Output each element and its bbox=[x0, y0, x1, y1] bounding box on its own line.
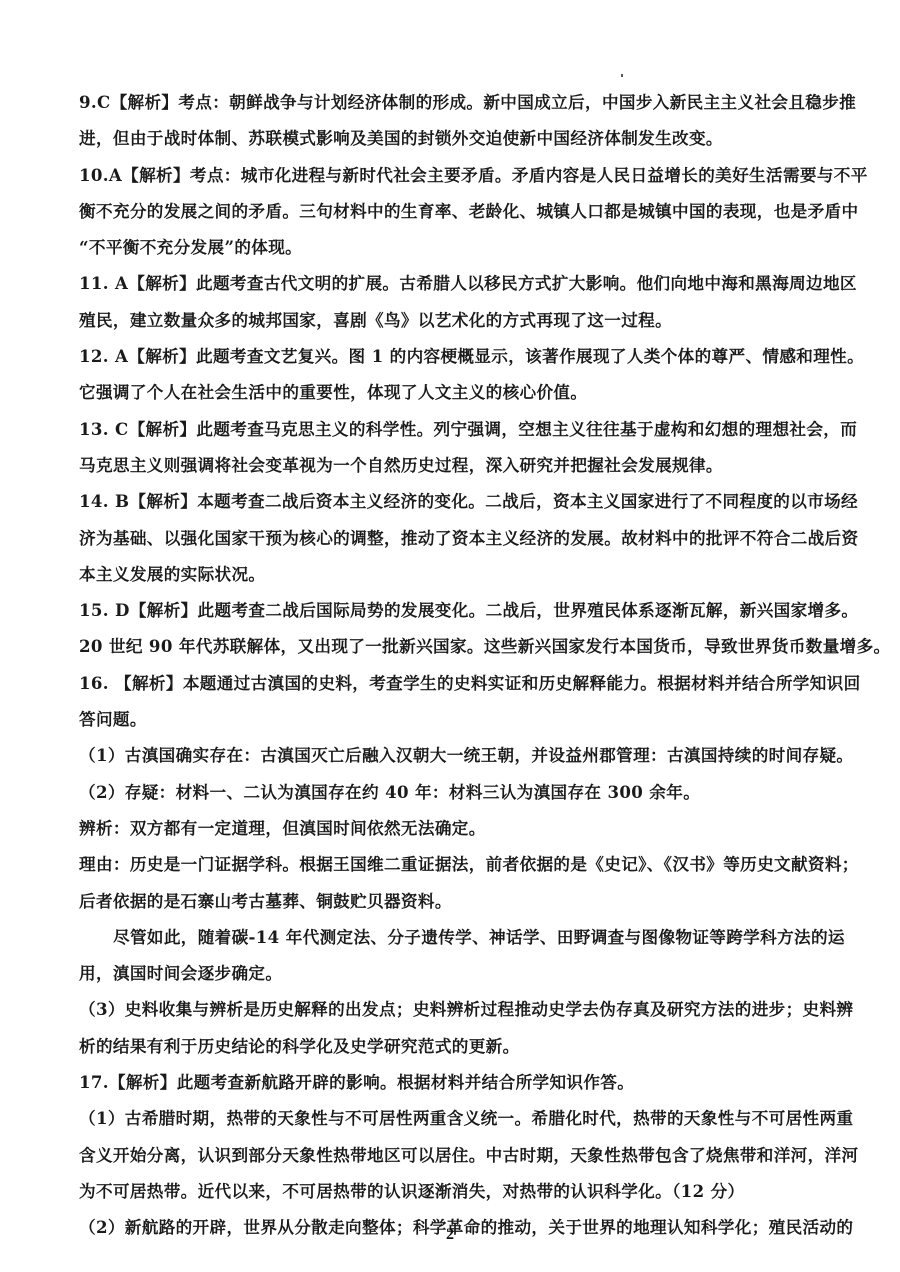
answer-16-analysis: 辨析：双方都有一定道理，但滇国时间依然无法确定。 bbox=[79, 810, 829, 846]
answer-14-line-2: 济为基础、以强化国家干预为核心的调整，推动了资本主义经济的发展。故材料中的批评不… bbox=[79, 520, 829, 556]
answer-16-part-3-line-1: （3）史料收集与辨析是历史解释的出发点；史料辨析过程推动史学去伪存真及研究方法的… bbox=[79, 991, 829, 1027]
answer-11-line-2: 殖民，建立数量众多的城邦国家，喜剧《鸟》以艺术化的方式再现了这一过程。 bbox=[79, 302, 829, 338]
answer-14-line-3: 本主义发展的实际状况。 bbox=[79, 556, 829, 592]
answer-17-line-1: 17.【解析】此题考查新航路开辟的影响。根据材料并结合所学知识作答。 bbox=[79, 1064, 829, 1100]
answer-9-line-2: 进，但由于战时体制、苏联模式影响及美国的封锁外交迫使新中国经济体制发生改变。 bbox=[79, 120, 829, 156]
answer-13-line-2: 马克思主义则强调将社会变革视为一个自然历史过程，深入研究并把握社会发展规律。 bbox=[79, 447, 829, 483]
answer-16-part-2: （2）存疑：材料一、二认为滇国存在约 40 年：材料三认为滇国存在 300 余年… bbox=[79, 774, 829, 810]
answer-14-line-1: 14. B【解析】本题考查二战后资本主义经济的变化。二战后，资本主义国家进行了不… bbox=[79, 483, 829, 519]
answer-15-line-2: 20 世纪 90 年代苏联解体，又出现了一批新兴国家。这些新兴国家发行本国货币，… bbox=[79, 628, 829, 664]
answer-13-line-1: 13. C【解析】此题考查马克思主义的科学性。列宁强调，空想主义往往基于虚构和幻… bbox=[79, 411, 829, 447]
answer-12-line-1: 12. A【解析】此题考查文艺复兴。图 1 的内容梗概显示，该著作展现了人类个体… bbox=[79, 338, 829, 374]
answer-16-line-1: 16. 【解析】本题通过古滇国的史料，考查学生的史料实证和历史解释能力。根据材料… bbox=[79, 665, 829, 701]
answer-16-however-line-1: 尽管如此，随着碳-14 年代测定法、分子遗传学、神话学、田野调查与图像物证等跨学… bbox=[79, 919, 829, 955]
answer-9-line-1: 9.C【解析】考点：朝鲜战争与计划经济体制的形成。新中国成立后，中国步入新民主主… bbox=[79, 84, 829, 120]
answer-17-part-1-line-3: 为不可居热带。近代以来，不可居热带的认识逐渐消失，对热带的认识科学化。（12 分… bbox=[79, 1173, 829, 1209]
answer-11-line-1: 11. A【解析】此题考查古代文明的扩展。古希腊人以移民方式扩大影响。他们向地中… bbox=[79, 265, 829, 301]
answer-10-line-1: 10.A【解析】考点：城市化进程与新时代社会主要矛盾。矛盾内容是人民日益增长的美… bbox=[79, 157, 829, 193]
answer-16-part-1: （1）古滇国确实存在：古滇国灭亡后融入汉朝大一统王朝，并设益州郡管理：古滇国持续… bbox=[79, 737, 829, 773]
answer-16-reason-line-1: 理由：历史是一门证据学科。根据王国维二重证据法，前者依据的是《史记》、《汉书》等… bbox=[79, 846, 829, 882]
answer-16-however-line-2: 用，滇国时间会逐步确定。 bbox=[79, 955, 829, 991]
scan-speck bbox=[621, 74, 623, 77]
answer-16-line-2: 答问题。 bbox=[79, 701, 829, 737]
answer-10-line-3: “不平衡不充分发展”的体现。 bbox=[79, 229, 829, 265]
answer-16-part-3-line-2: 析的结果有利于历史结论的科学化及史学研究范式的更新。 bbox=[79, 1028, 829, 1064]
answer-key-page: 9.C【解析】考点：朝鲜战争与计划经济体制的形成。新中国成立后，中国步入新民主主… bbox=[79, 84, 829, 1246]
answer-17-part-1-line-2: 含义开始分离，认识到部分天象性热带地区可以居住。中古时期，天象性热带包含了烧焦带… bbox=[79, 1137, 829, 1173]
answer-12-line-2: 它强调了个人在社会生活中的重要性，体现了人文主义的核心价值。 bbox=[79, 374, 829, 410]
answer-15-line-1: 15. D【解析】此题考查二战后国际局势的发展变化。二战后，世界殖民体系逐渐瓦解… bbox=[79, 592, 829, 628]
answer-16-reason-line-2: 后者依据的是石寨山考古墓葬、铜鼓贮贝器资料。 bbox=[79, 883, 829, 919]
page-number: 2 bbox=[0, 1226, 900, 1244]
answer-10-line-2: 衡不充分的发展之间的矛盾。三句材料中的生育率、老龄化、城镇人口都是城镇中国的表现… bbox=[79, 193, 829, 229]
answer-17-part-1-line-1: （1）古希腊时期，热带的天象性与不可居性两重含义统一。希腊化时代，热带的天象性与… bbox=[79, 1100, 829, 1136]
